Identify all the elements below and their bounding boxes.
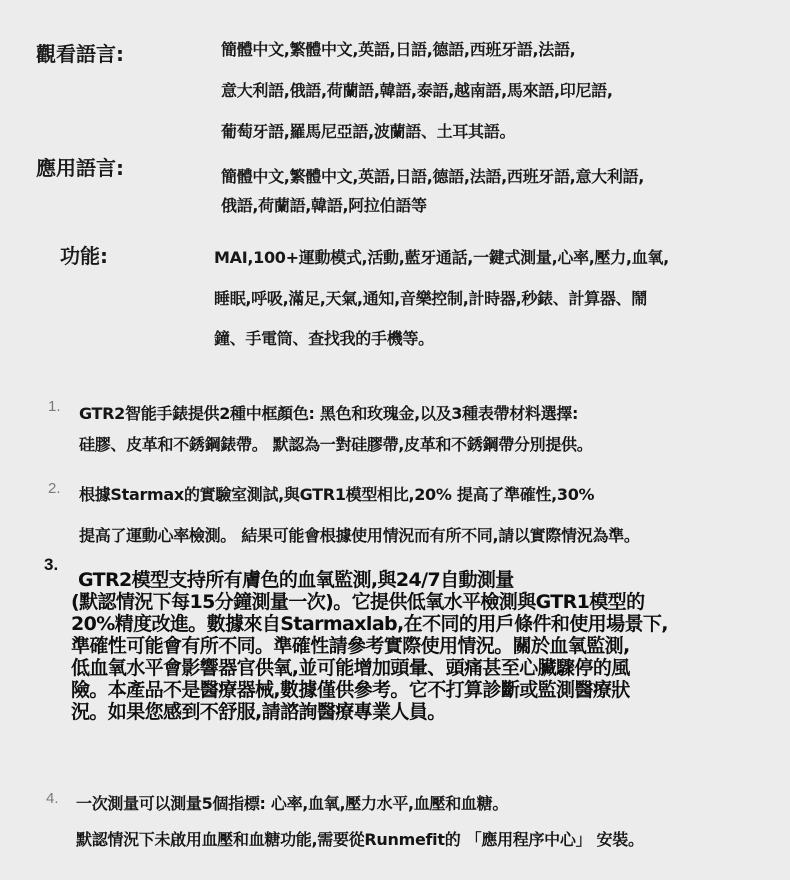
footnote-line: 默認情況下未啟用血壓和血糖功能,需要從Runmefit的 「應用程序中心」 安裝… [76,827,644,850]
footnote-number: 2. [48,480,61,497]
spec-label: 應用語言: [36,152,124,181]
spec-value-line: 簡體中文,繁體中文,英語,日語,德語,法語,西班牙語,意大利語, [221,164,644,187]
footnote-line: GTR2智能手錶提供2種中框顏色: 黑色和玫瑰金,以及3種表帶材料選擇: [79,401,578,424]
spec-label: 功能: [60,240,108,269]
spec-label: 觀看語言: [36,38,124,67]
spec-value-line: 葡萄牙語,羅馬尼亞語,波蘭語、土耳其語。 [221,119,515,142]
spec-value-line: 鐘、手電筒、查找我的手機等。 [214,326,434,349]
spec-value-line: 簡體中文,繁體中文,英語,日語,德語,西班牙語,法語, [221,37,575,60]
footnote-number: 4. [46,790,59,807]
footnote-line: GTR2模型支持所有膚色的血氧監測,與24/7自動測量 [78,569,514,591]
footnote-line: (默認情況下每15分鐘測量一次)。它提供低氧水平檢測與GTR1模型的 [71,591,644,613]
spec-value-line: MAI,100+運動模式,活動,藍牙通話,一鍵式測量,心率,壓力,血氧, [214,245,669,268]
spec-value-line: 俄語,荷蘭語,韓語,阿拉伯語等 [221,193,427,216]
footnote-line: 低血氧水平會影響器官供氧,並可能增加頭暈、頭痛甚至心臟驟停的風 [71,657,630,679]
footnote-line: 險。本產品不是醫療器械,數據僅供參考。它不打算診斷或監測醫療狀 [71,679,630,701]
footnote-line: 一次測量可以測量5個指標: 心率,血氧,壓力水平,血壓和血糖。 [76,791,508,814]
spec-value-line: 睡眠,呼吸,滿足,天氣,通知,音樂控制,計時器,秒錶、計算器、鬧 [214,286,647,309]
spec-value-line: 意大利語,俄語,荷蘭語,韓語,泰語,越南語,馬來語,印尼語, [221,78,613,101]
footnote-line: 提高了運動心率檢測。 結果可能會根據使用情況而有所不同,請以實際情況為準。 [79,523,640,546]
footnote-number: 3. [44,555,58,575]
footnote-line: 根據Starmax的實驗室測試,與GTR1模型相比,20% 提高了準確性,30% [79,482,594,505]
footnote-line: 況。如果您感到不舒服,請諮詢醫療專業人員。 [71,701,446,723]
footnote-line: 硅膠、皮革和不銹鋼錶帶。 默認為一對硅膠帶,皮革和不銹鋼帶分別提供。 [79,432,592,455]
footnote-line: 20%精度改進。數據來自Starmaxlab,在不同的用戶條件和使用場景下, [71,613,668,635]
footnote-line: 準確性可能會有所不同。準確性請參考實際使用情況。關於血氧監測, [71,635,630,657]
footnote-number: 1. [48,398,61,415]
